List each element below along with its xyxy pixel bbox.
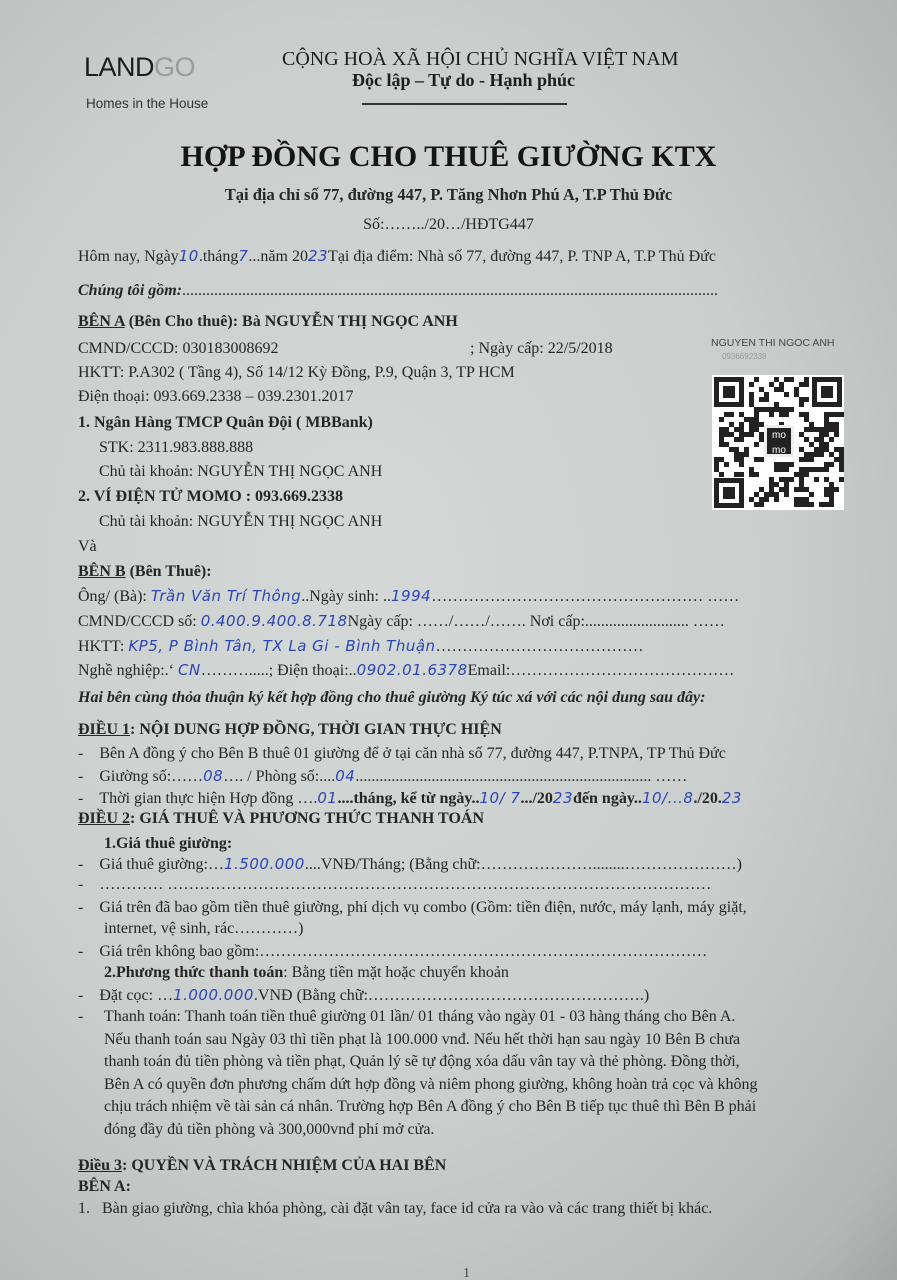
handwritten-phone: 0902.01.6378	[357, 661, 468, 679]
payment-term-line: thanh toán đủ tiền phòng và tiền phạt, Q…	[104, 1053, 740, 1071]
handwritten-end-date: 10/...8	[642, 789, 694, 807]
agreement-statement: Hai bên cùng thỏa thuận ký kết hợp đồng …	[78, 689, 705, 707]
page-number: 1	[463, 1266, 470, 1280]
party-a-id: CMND/CCCD: 030183008692	[78, 340, 278, 358]
payment-term-line: Thanh toán: Thanh toán tiền thuê giường …	[104, 1008, 735, 1026]
article2-sub1: 1.Giá thuê giường:	[104, 835, 232, 853]
party-a-account: STK: 2311.983.888.888	[99, 439, 253, 457]
handwritten-day: 10	[179, 247, 199, 265]
party-b-heading: BÊN B (Bên Thuê):	[78, 563, 212, 581]
handwritten-price: 1.500.000	[224, 855, 305, 873]
article2-deposit: - Đặt cọc: …1.000.000.VNĐ (Bằng chữ:……………	[78, 986, 649, 1005]
momo-qr-code: momo	[712, 375, 844, 510]
payment-term-line: đóng đầy đủ tiền phòng và 300,000vnđ phí…	[104, 1121, 434, 1139]
payment-term-line: Nếu thanh toán sau Ngày 03 thì tiền phạt…	[104, 1031, 740, 1049]
article1-duration: - Thời gian thực hiện Hợp đồng ….01....t…	[78, 789, 742, 808]
handwritten-month: 7	[238, 247, 248, 265]
handwritten-birth-year: 1994	[391, 587, 431, 605]
party-a-holder-momo: Chủ tài khoản: NGUYỄN THỊ NGỌC ANH	[99, 513, 382, 531]
party-a-momo: 2. VÍ ĐIỆN TỬ MOMO : 093.669.2338	[78, 488, 343, 506]
intro-line: Hôm nay, Ngày10.tháng7...năm 2023Tại địa…	[78, 247, 716, 266]
article2-included: - Giá trên đã bao gồm tiền thuê giường, …	[78, 899, 747, 917]
party-b-job-line: Nghề nghiệp:.‘ CN……….....; Điện thoại:..…	[78, 661, 734, 680]
document-subtitle: Tại địa chỉ số 77, đường 447, P. Tăng Nh…	[0, 185, 897, 205]
article1-item: - Bên A đồng ý cho Bên B thuê 01 giường …	[78, 745, 726, 763]
article2-heading: ĐIỀU 2: GIÁ THUÊ VÀ PHƯƠNG THỨC THANH TO…	[78, 810, 484, 828]
article3-heading: Điều 3: QUYỀN VÀ TRÁCH NHIỆM CỦA HAI BÊN	[78, 1157, 446, 1175]
article2-dots-line: - ………… …………………………………………………………………………………………	[78, 876, 711, 894]
party-a-bank: 1. Ngân Hàng TMCP Quân Đội ( MBBank)	[78, 414, 373, 432]
momo-logo-icon: momo	[764, 425, 794, 457]
handwritten-room-number: 04	[335, 767, 355, 785]
document-title: HỢP ĐỒNG CHO THUÊ GIƯỜNG KTX	[0, 140, 897, 174]
parties-line: Chúng tôi gồm:..........................…	[78, 282, 718, 300]
article2-excluded: - Giá trên không bao gồm:…………………………………………	[78, 943, 707, 961]
payment-term-line: Bên A có quyền đơn phương chấm dứt hợp đ…	[104, 1076, 758, 1094]
handwritten-start-date: 10/ 7	[480, 789, 521, 807]
national-heading: CỘNG HOÀ XÃ HỘI CHỦ NGHĨA VIỆT NAM	[282, 48, 678, 71]
article1-heading: ĐIỀU 1: NỘI DUNG HỢP ĐỒNG, THỜI GIAN THỰ…	[78, 721, 502, 739]
handwritten-id-number: 0.400.9.400.8.718	[201, 612, 348, 630]
article3-party-a: BÊN A:	[78, 1178, 131, 1196]
article3-item1: 1. Bàn giao giường, chìa khóa phòng, cài…	[78, 1200, 712, 1218]
payment-term-line: chịu trách nhiệm về tài sản cá nhân. Trư…	[104, 1098, 756, 1116]
handwritten-duration: 01	[317, 789, 337, 807]
handwritten-name: Trần Văn Trí Thông	[151, 587, 301, 605]
party-b-address-line: HKTT: KP5, P Bình Tân, TX La Gi - Bình T…	[78, 637, 644, 656]
handwritten-address: KP5, P Bình Tân, TX La Gi - Bình Thuận	[128, 637, 435, 655]
handwritten-year: 23	[308, 247, 328, 265]
article2-price: - Giá thuê giường:…1.500.000....VNĐ/Thán…	[78, 855, 742, 874]
party-b-name-line: Ông/ (Bà): Trần Văn Trí Thông..Ngày sinh…	[78, 587, 739, 606]
party-a-issue-date: ; Ngày cấp: 22/5/2018	[470, 340, 613, 358]
article1-bed-room: - Giường số:……08…. / Phòng số:....04....…	[78, 767, 687, 786]
handwritten-deposit: 1.000.000	[173, 986, 254, 1004]
handwritten-bed-number: 08	[203, 767, 223, 785]
article2-payment-bullet: -	[78, 1008, 83, 1026]
party-a-phone: Điện thoại: 093.669.2338 – 039.2301.2017	[78, 388, 354, 406]
and-text: Và	[78, 538, 97, 556]
motto-underline	[362, 103, 567, 105]
party-b-id-line: CMND/CCCD số: 0.400.9.400.8.718Ngày cấp:…	[78, 612, 725, 631]
logo-tagline: Homes in the House	[86, 96, 208, 111]
national-motto: Độc lập – Tự do - Hạnh phúc	[352, 70, 575, 91]
article2-included-cont: internet, vệ sinh, rác…………)	[104, 920, 304, 938]
landgo-logo: LANDGO	[84, 52, 195, 83]
handwritten-job: CN	[178, 661, 201, 679]
qr-owner-phone: 0936692338	[722, 352, 767, 361]
party-a-holder-bank: Chủ tài khoản: NGUYỄN THỊ NGỌC ANH	[99, 463, 382, 481]
contract-number: Số:……../20…/HĐTG447	[0, 216, 897, 234]
party-a-heading: BÊN A (Bên Cho thuê): Bà NGUYỄN THỊ NGỌC…	[78, 313, 458, 331]
article2-payment-method: 2.Phương thức thanh toán: Bằng tiền mặt …	[104, 964, 509, 982]
qr-owner-name: NGUYEN THI NGOC ANH	[711, 337, 835, 349]
party-a-address: HKTT: P.A302 ( Tầng 4), Số 14/12 Kỳ Đồng…	[78, 364, 515, 382]
